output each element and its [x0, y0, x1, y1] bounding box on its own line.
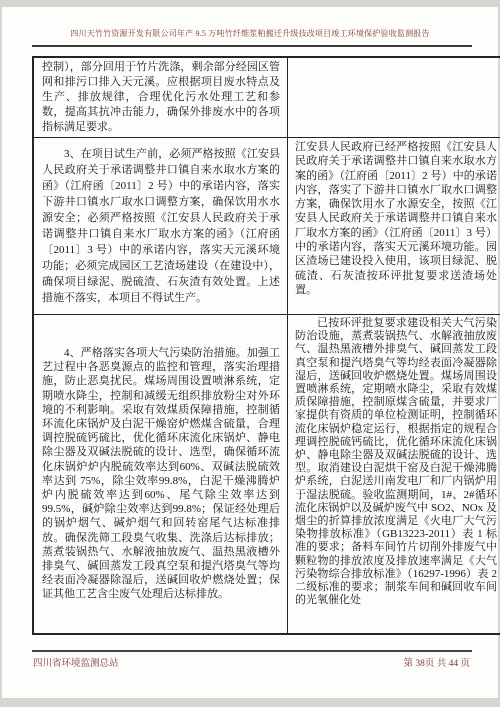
table-row: 控制），部分回用于竹片洗涤，剩余部分经园区管网和排污口排入天元溪。应根据项目废水… — [33, 57, 500, 138]
cell-implementation-1 — [288, 57, 500, 138]
requirement-1-text: 控制），部分回用于竹片洗涤，剩余部分经园区管网和排污口排入天元溪。应根据项目废水… — [42, 60, 280, 135]
implementation-3-text: 已按环评批复要求建设相关大气污染防治设施，蒸煮装锅热气、水解液抽放废气、温热黑液… — [295, 317, 497, 607]
document-page: 四川天竹竹资源开发有限公司年产 9.5 万吨竹纤维浆粕搬迁升级技改项目竣工环境保… — [2, 7, 498, 698]
footer-rule — [32, 650, 472, 652]
table-row: 3、在项目试生产前，必须严格按照《江安县人民政府关于承诺调整井口镇自来水取水方案… — [33, 138, 500, 315]
cell-requirement-1: 控制），部分回用于竹片洗涤，剩余部分经园区管网和排污口排入天元溪。应根据项目废水… — [33, 57, 288, 138]
table-row: 4、严格落实各项大气污染防治措施。加强工艺过程中各恶臭源点的监控和管理，落实治理… — [33, 315, 500, 634]
implementation-2-text: 江安县人民政府已经严格按照《江安县人民政府关于承诺调整井口镇自来水取水方案的函》… — [295, 140, 497, 297]
requirement-2-text: 3、在项目试生产前，必须严格按照《江安县人民政府关于承诺调整井口镇自来水取水方案… — [42, 146, 280, 306]
cell-requirement-2: 3、在项目试生产前，必须严格按照《江安县人民政府关于承诺调整井口镇自来水取水方案… — [33, 138, 288, 315]
page-header-title: 四川天竹竹资源开发有限公司年产 9.5 万吨竹纤维浆粕搬迁升级技改项目竣工环境保… — [2, 28, 498, 39]
header-rule — [32, 45, 472, 47]
requirement-3-text: 4、严格落实各项大气污染防治措施。加强工艺过程中各恶臭源点的监控和管理，落实治理… — [42, 346, 280, 602]
footer-page-number: 第 38页 共 44 页 — [403, 655, 470, 669]
content-table: 控制），部分回用于竹片洗涤，剩余部分经园区管网和排污口排入天元溪。应根据项目废水… — [32, 56, 500, 635]
footer-organization: 四川省环境监测总站 — [33, 655, 119, 669]
cell-implementation-2: 江安县人民政府已经严格按照《江安县人民政府关于承诺调整井口镇自来水取水方案的函》… — [288, 138, 500, 315]
cell-requirement-3: 4、严格落实各项大气污染防治措施。加强工艺过程中各恶臭源点的监控和管理，落实治理… — [33, 315, 288, 634]
cell-implementation-3: 已按环评批复要求建设相关大气污染防治设施，蒸煮装锅热气、水解液抽放废气、温热黑液… — [288, 315, 500, 634]
